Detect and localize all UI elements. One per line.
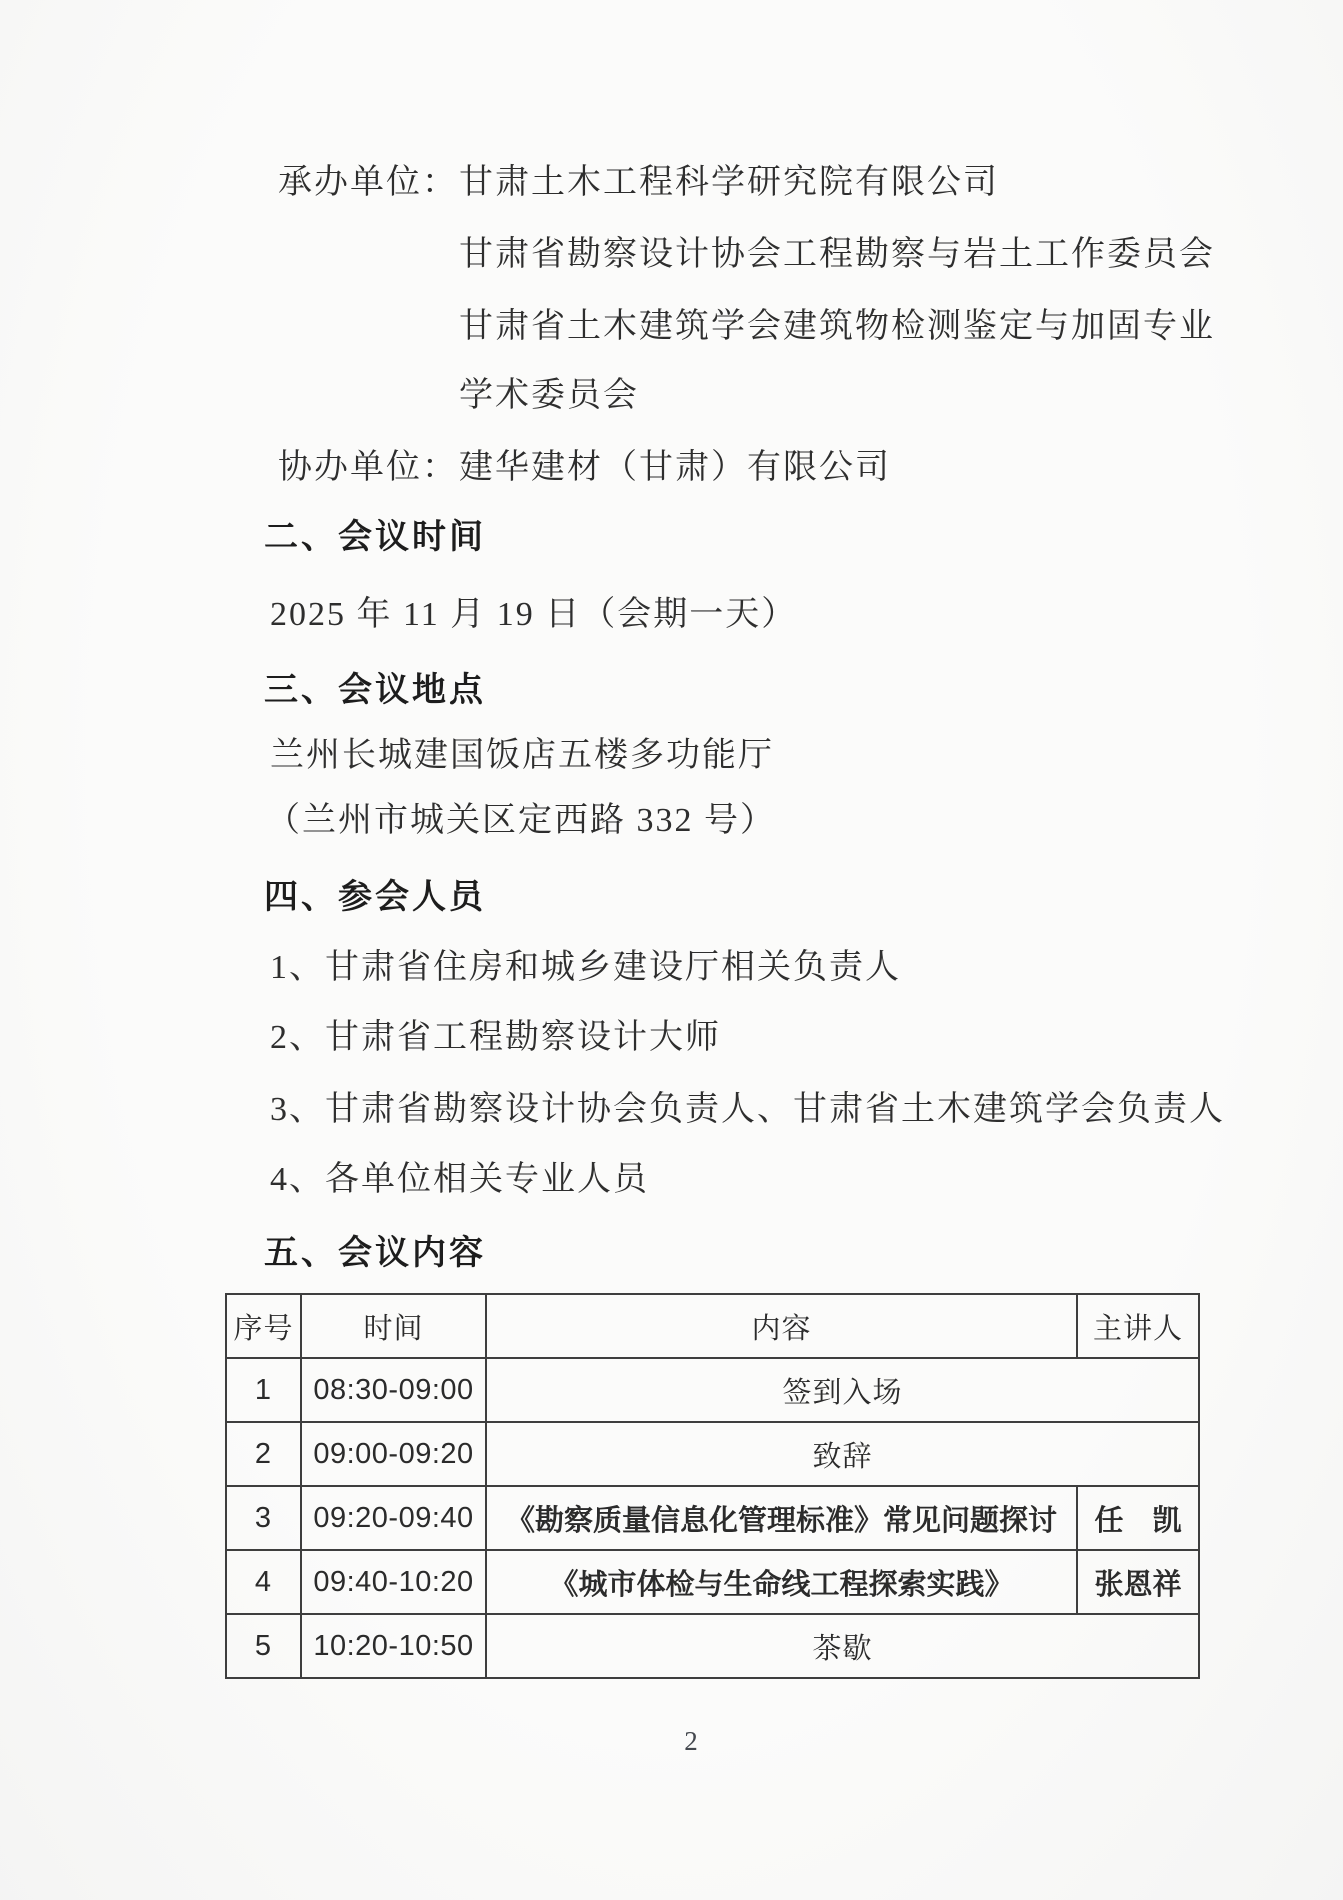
- section-heading-meeting-location: 三、会议地点: [264, 668, 486, 712]
- host-unit-line: 甘肃省土木建筑学会建筑物检测鉴定与加固专业: [459, 305, 1215, 349]
- agenda-time-cell: 09:20-09:40: [301, 1486, 486, 1550]
- agenda-content-cell: 《勘察质量信息化管理标准》常见问题探讨: [486, 1486, 1077, 1550]
- agenda-no-cell: 3: [226, 1486, 301, 1550]
- agenda-row: 209:00-09:20致辞: [226, 1422, 1199, 1486]
- agenda-header-cell: 序号: [226, 1294, 301, 1358]
- participant-item: 1、甘肃省住房和城乡建设厅相关负责人: [270, 946, 901, 990]
- section-heading-participants: 四、参会人员: [264, 875, 486, 919]
- host-unit-line: 甘肃省勘察设计协会工程勘察与岩土工作委员会: [459, 233, 1215, 277]
- agenda-time-cell: 09:40-10:20: [301, 1550, 486, 1614]
- agenda-content-cell: 茶歇: [486, 1614, 1199, 1678]
- agenda-content-cell: 签到入场: [486, 1358, 1199, 1422]
- meeting-date-line: 2025 年 11 月 19 日（会期一天）: [270, 593, 797, 637]
- agenda-table-header: 序号时间内容主讲人: [226, 1294, 1199, 1358]
- address-line: （兰州市城关区定西路 332 号）: [266, 799, 776, 843]
- co-host-value: 建华建材（甘肃）有限公司: [459, 446, 891, 490]
- page-number: 2: [20, 1726, 1343, 1757]
- co-host-label: 协办单位：: [278, 446, 458, 490]
- agenda-row: 309:20-09:40《勘察质量信息化管理标准》常见问题探讨任 凯: [226, 1486, 1199, 1550]
- agenda-no-cell: 5: [226, 1614, 301, 1678]
- participant-item: 3、甘肃省勘察设计协会负责人、甘肃省土木建筑学会负责人: [270, 1088, 1225, 1132]
- participant-item: 2、甘肃省工程勘察设计大师: [270, 1016, 721, 1060]
- section-heading-agenda: 五、会议内容: [264, 1231, 486, 1275]
- agenda-time-cell: 10:20-10:50: [301, 1614, 486, 1678]
- agenda-no-cell: 2: [226, 1422, 301, 1486]
- agenda-time-cell: 08:30-09:00: [301, 1358, 486, 1422]
- agenda-no-cell: 1: [226, 1358, 301, 1422]
- agenda-speaker-cell: 任 凯: [1077, 1486, 1199, 1550]
- agenda-table-body: 108:30-09:00签到入场209:00-09:20致辞309:20-09:…: [226, 1358, 1199, 1678]
- agenda-content-cell: 致辞: [486, 1422, 1199, 1486]
- agenda-row: 510:20-10:50茶歇: [226, 1614, 1199, 1678]
- agenda-row: 409:40-10:20《城市体检与生命线工程探索实践》张恩祥: [226, 1550, 1199, 1614]
- agenda-time-cell: 09:00-09:20: [301, 1422, 486, 1486]
- agenda-speaker-cell: 张恩祥: [1077, 1550, 1199, 1614]
- host-unit-line: 学术委员会: [459, 374, 639, 418]
- agenda-header-cell: 内容: [486, 1294, 1077, 1358]
- agenda-content-cell: 《城市体检与生命线工程探索实践》: [486, 1550, 1077, 1614]
- agenda-table: 序号时间内容主讲人 108:30-09:00签到入场209:00-09:20致辞…: [225, 1293, 1200, 1679]
- agenda-no-cell: 4: [226, 1550, 301, 1614]
- scanned-document-page: { "colors": { "paper": "#fbfbfa", "ink":…: [0, 0, 1343, 1900]
- host-unit-line: 甘肃土木工程科学研究院有限公司: [459, 161, 999, 205]
- agenda-header-cell: 时间: [301, 1294, 486, 1358]
- venue-line: 兰州长城建国饭店五楼多功能厅: [270, 734, 774, 778]
- agenda-row: 108:30-09:00签到入场: [226, 1358, 1199, 1422]
- agenda-header-cell: 主讲人: [1077, 1294, 1199, 1358]
- section-heading-meeting-time: 二、会议时间: [264, 515, 486, 559]
- host-unit-label: 承办单位：: [278, 161, 458, 205]
- participant-item: 4、各单位相关专业人员: [270, 1158, 649, 1202]
